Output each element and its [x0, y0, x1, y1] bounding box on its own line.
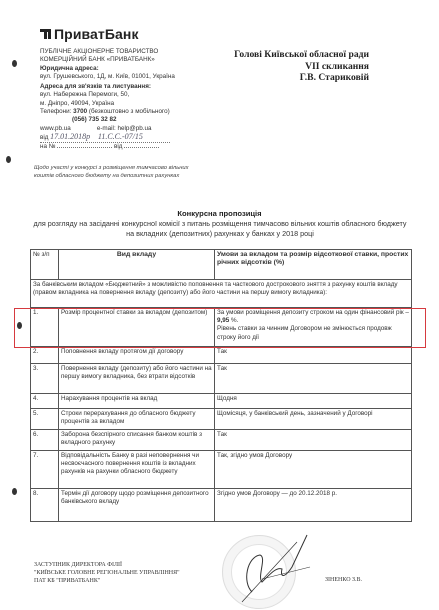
subject: Щодо участі у конкурсі з розміщення тимч… — [34, 164, 234, 180]
phone-long: (056) 735 32 82 — [40, 116, 210, 124]
mail-address-line-1: вул. Набережна Перемоги, 50, — [40, 91, 210, 99]
scan-punch-mark — [12, 60, 17, 67]
handwritten-date: 17.01.2018р — [50, 132, 90, 141]
table-row: 2. Поповнення вкладу протягом дії догово… — [31, 347, 412, 364]
table-row: 8. Термін дії договору щодо розміщення д… — [31, 489, 412, 522]
addressee: Голові Київської обласної ради VII склик… — [234, 49, 369, 84]
scan-punch-mark — [17, 322, 22, 329]
phones: Телефони: 3700 (безкоштовно з мобільного… — [40, 108, 210, 116]
table-row: 7. Відповідальність Банку в разі неповер… — [31, 451, 412, 489]
header-num: № з/п — [31, 250, 59, 280]
proposal-table: № з/п Вид вкладу Умови за вкладом та роз… — [30, 249, 412, 522]
bank-logo: ПриватБанк — [40, 26, 139, 42]
table-row: 3. Повернення вкладу (депозиту) або його… — [31, 364, 412, 394]
logo-text: ПриватБанк — [54, 26, 139, 42]
table-row: 1. Розмір процентної ставки за вкладом (… — [31, 308, 412, 347]
rate-cell: За умови розміщення депозиту строком на … — [215, 308, 412, 347]
privatbank-logo-icon — [40, 29, 51, 39]
intro-text: За банківським вкладом «Бюджетний» з мож… — [31, 280, 412, 308]
table-row: 5. Строки перерахування до обласного бюд… — [31, 409, 412, 430]
signature-icon — [222, 527, 312, 607]
header-kind: Вид вкладу — [59, 250, 215, 280]
signatory-title: ЗАСТУПНИК ДИРЕКТОРА ФІЛІЇ "КИЇВСЬКЕ ГОЛО… — [34, 561, 180, 585]
table-row: 4. Нарахування процентів на вклад Щодня — [31, 394, 412, 409]
org-line-2: КОМЕРЦІЙНИЙ БАНК «ПРИВАТБАНК» — [40, 56, 210, 64]
incoming-ref-line: на № від — [40, 143, 210, 151]
scan-punch-mark — [6, 156, 11, 163]
document-title: Конкурсна пропозиція — [0, 209, 439, 218]
scan-punch-mark — [12, 488, 17, 495]
table-row: 6. Заборона безспірного списання банком … — [31, 430, 412, 451]
interest-rate: 9,95 — [217, 317, 229, 324]
signatory-name: ЗІНЕНКО З.В. — [325, 577, 362, 583]
mail-address-line-2: м. Дніпро, 49094, Україна — [40, 100, 210, 108]
document-subtitle: для розгляду на засіданні конкурсної ком… — [30, 219, 410, 240]
phone-short: 3700 — [73, 108, 87, 115]
table-intro-row: За банківським вкладом «Бюджетний» з мож… — [31, 280, 412, 308]
legal-address: вул. Грушевського, 1Д, м. Київ, 01001, У… — [40, 73, 210, 81]
legal-address-label: Юридична адреса: — [40, 65, 210, 73]
handwritten-ref: 11.С.С.-07/15 — [98, 132, 143, 141]
table-header-row: № з/п Вид вкладу Умови за вкладом та роз… — [31, 250, 412, 280]
bank-info: ПУБЛІЧНЕ АКЦІОНЕРНЕ ТОВАРИСТВО КОМЕРЦІЙН… — [40, 48, 210, 152]
header-conditions: Умови за вкладом та розмір відсоткової с… — [215, 250, 412, 280]
outgoing-date-line: від 17.01.2018р 11.С.С.-07/15 — [40, 133, 170, 143]
